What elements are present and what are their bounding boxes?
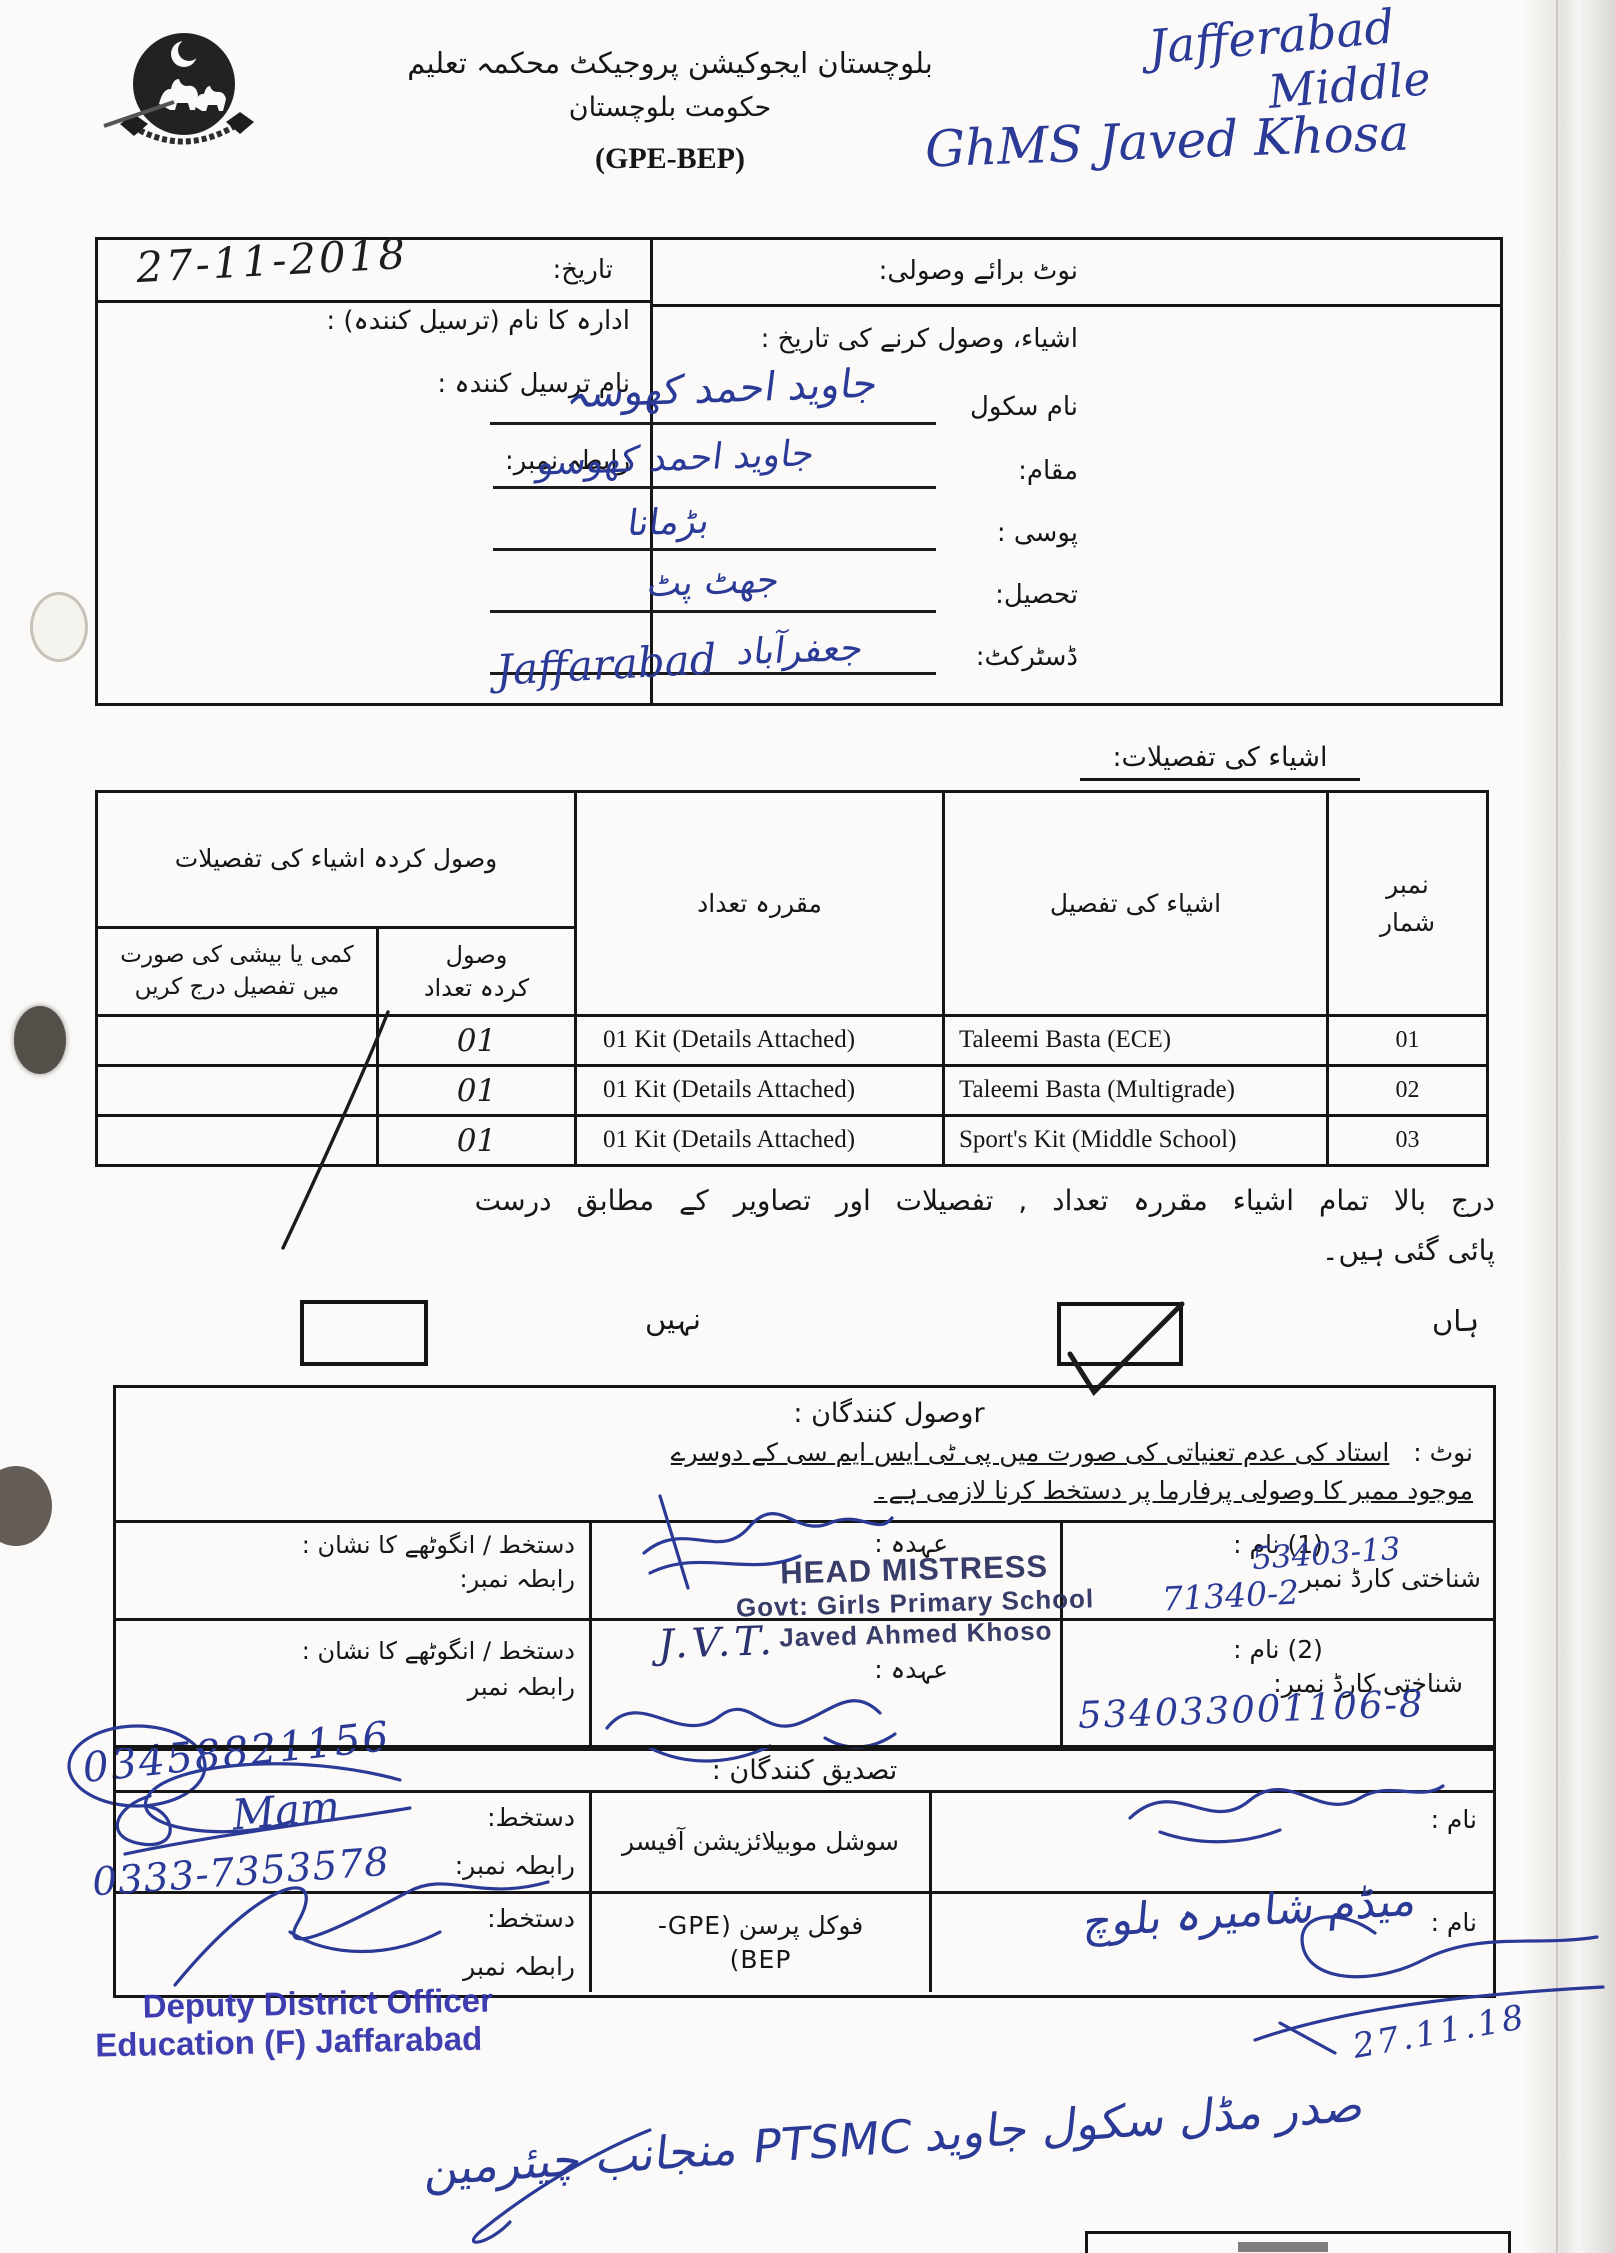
received-group-header: وصول کردہ اشیاء کی تفصیلات [98, 793, 574, 926]
binder-hole-middle [14, 1006, 66, 1074]
serial-header: نمبر شمار [1326, 793, 1486, 1014]
verifier2-role-line1: فوکل پرسن (GPE- [658, 1909, 863, 1943]
verifier2-role-line2: BEP) [730, 1943, 792, 1977]
verifier1-role: سوشل موبیلائزیشن آفیسر [589, 1793, 929, 1891]
receiver2-contact-label: رابطہ نمبر [130, 1671, 575, 1703]
receiver1-contact-label: رابطہ نمبر: [130, 1563, 575, 1595]
location-fill-line [493, 486, 936, 489]
district-value-handwritten: جعفرآباد [735, 628, 865, 673]
institution-label: ادارہ کا نام (ترسیل کنندہ) : [300, 303, 630, 339]
district-value-english-handwritten: Jaffarabad [495, 634, 718, 694]
ddo-stamp-line2: Education (F) Jaffarabad [95, 2020, 494, 2065]
no-checkbox [300, 1300, 428, 1366]
items-section-title: اشیاء کی تفصیلات: [1080, 740, 1360, 781]
verifier1-name-scribble [1115, 1760, 1455, 1860]
fixed-qty-value: 01 Kit (Details Attached) [574, 1064, 942, 1114]
verifier1-signature-handwritten: Mam [230, 1781, 342, 1839]
receiver2-signature-label: دستخط / انگوٹھے کا نشان : [270, 1635, 575, 1667]
location-label: مقام: [943, 454, 1078, 489]
ddo-stamp: Deputy District Officer Education (F) Ja… [94, 1982, 494, 2065]
receiver1-signature-cell: دستخط / انگوٹھے کا نشان : رابطہ نمبر: [116, 1520, 589, 1618]
post-value-handwritten: بڑمانا [625, 501, 712, 545]
receivers-note-line1: استاد کی عدم تعنیاتی کی صورت میں پی ٹی ا… [671, 1438, 1390, 1467]
info-box: تاریخ: 27-11-2018 ادارہ کا نام (ترسیل کن… [95, 237, 1503, 706]
fixed-qty-value: 01 Kit (Details Attached) [574, 1114, 942, 1164]
note-row-divider [653, 304, 1500, 307]
yes-label: ہاں [1432, 1302, 1479, 1341]
fixed-qty-value: 01 Kit (Details Attached) [574, 1014, 942, 1064]
post-fill-line [493, 548, 936, 551]
receipt-note-label: نوٹ برائے وصولی: [778, 254, 1078, 289]
gob-crest-logo [102, 26, 270, 174]
tehsil-value-handwritten: جھٹ پٹ [645, 560, 782, 606]
binder-hole-bottom [0, 1466, 52, 1546]
tehsil-fill-line [490, 610, 936, 613]
receivers-note-line2: موجود ممبر کا وصولی پرفارما پر دستخط کرن… [874, 1476, 1473, 1505]
receive-date-label: اشیاء، وصول کرنے کی تاریخ : [698, 322, 1078, 357]
confirmation-statement-line1: درج بالا تمام اشیاء مقررہ تعداد , تفصیلا… [75, 1182, 1495, 1220]
confirmation-statement-line2: پائی گئی ہیں۔ [75, 1232, 1495, 1270]
receiver1-id-handwritten-2: 71340-2 [1161, 1572, 1300, 1618]
handwritten-slash [255, 1000, 415, 1260]
item-detail-header: اشیاء کی تفصیل [942, 793, 1326, 1014]
cutoff-box [1085, 2231, 1511, 2253]
serial-value: 01 [1326, 1014, 1486, 1064]
tehsil-label: تحصیل: [943, 578, 1078, 613]
receivers-note-prefix: نوٹ : [1413, 1438, 1473, 1467]
location-value-handwritten: جاوید احمد کھوسو [535, 433, 817, 484]
item-name: Taleemi Basta (Multigrade) [942, 1064, 1326, 1114]
receiver1-signature-label: دستخط / انگوٹھے کا نشان : [270, 1529, 575, 1561]
cutoff-box-mark [1238, 2242, 1328, 2252]
header-org-line1: بلوچستان ایجوکیشن پروجیکٹ محکمہ تعلیم [290, 44, 1050, 83]
school-fill-line [490, 422, 936, 425]
fixed-qty-header: مقررہ تعداد [574, 793, 942, 1014]
item-name: Taleemi Basta (ECE) [942, 1014, 1326, 1064]
receivers-title: rوصول کنندگان : [116, 1388, 1493, 1432]
serial-value: 03 [1326, 1114, 1486, 1164]
binder-hole-top [30, 592, 88, 662]
sender-name-label: نام ترسیل کنندہ : [118, 367, 630, 402]
verifier2-role: فوکل پرسن (GPE- BEP) [589, 1891, 929, 1992]
district-label: ڈسٹرکٹ: [943, 640, 1078, 675]
receiver2-designation-handwritten: J.V.T. [657, 1618, 776, 1668]
ddo-stamp-line1: Deputy District Officer [142, 1982, 493, 2026]
date-label: تاریخ: [433, 253, 613, 288]
no-label: نہیں [645, 1300, 701, 1339]
school-value-handwritten: جاوید احمد کھوسہ [564, 361, 880, 418]
post-label: پوسی : [943, 516, 1078, 551]
footer-note-flourish [440, 2118, 670, 2248]
school-name-label: نام سکول [943, 390, 1078, 425]
item-name: Sport's Kit (Middle School) [942, 1114, 1326, 1164]
serial-value: 02 [1326, 1064, 1486, 1114]
scanned-form-page: بلوچستان ایجوکیشن پروجیکٹ محکمہ تعلیم حک… [0, 0, 1615, 2253]
date-value-handwritten: 27-11-2018 [135, 229, 409, 292]
